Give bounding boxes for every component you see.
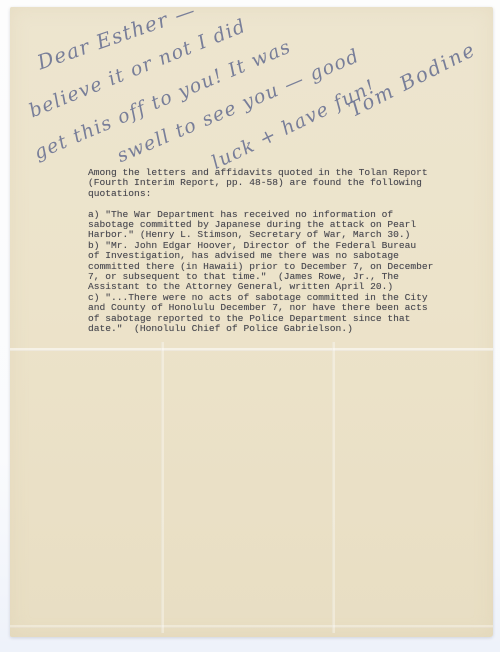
fold-crease-horizontal xyxy=(10,348,493,351)
fold-crease-vertical-left xyxy=(161,342,164,633)
scan-background: Dear Esther — believe it or not I did ge… xyxy=(0,0,500,652)
typed-text-block: Among the letters and affidavits quoted … xyxy=(88,168,458,334)
typed-line: date." (Honolulu Chief of Police Gabriel… xyxy=(88,324,458,334)
fold-crease-horizontal-bottom xyxy=(10,625,493,628)
letter-paper: Dear Esther — believe it or not I did ge… xyxy=(10,7,493,637)
fold-crease-vertical-right xyxy=(332,342,335,633)
typed-line: quotations: xyxy=(88,189,458,199)
